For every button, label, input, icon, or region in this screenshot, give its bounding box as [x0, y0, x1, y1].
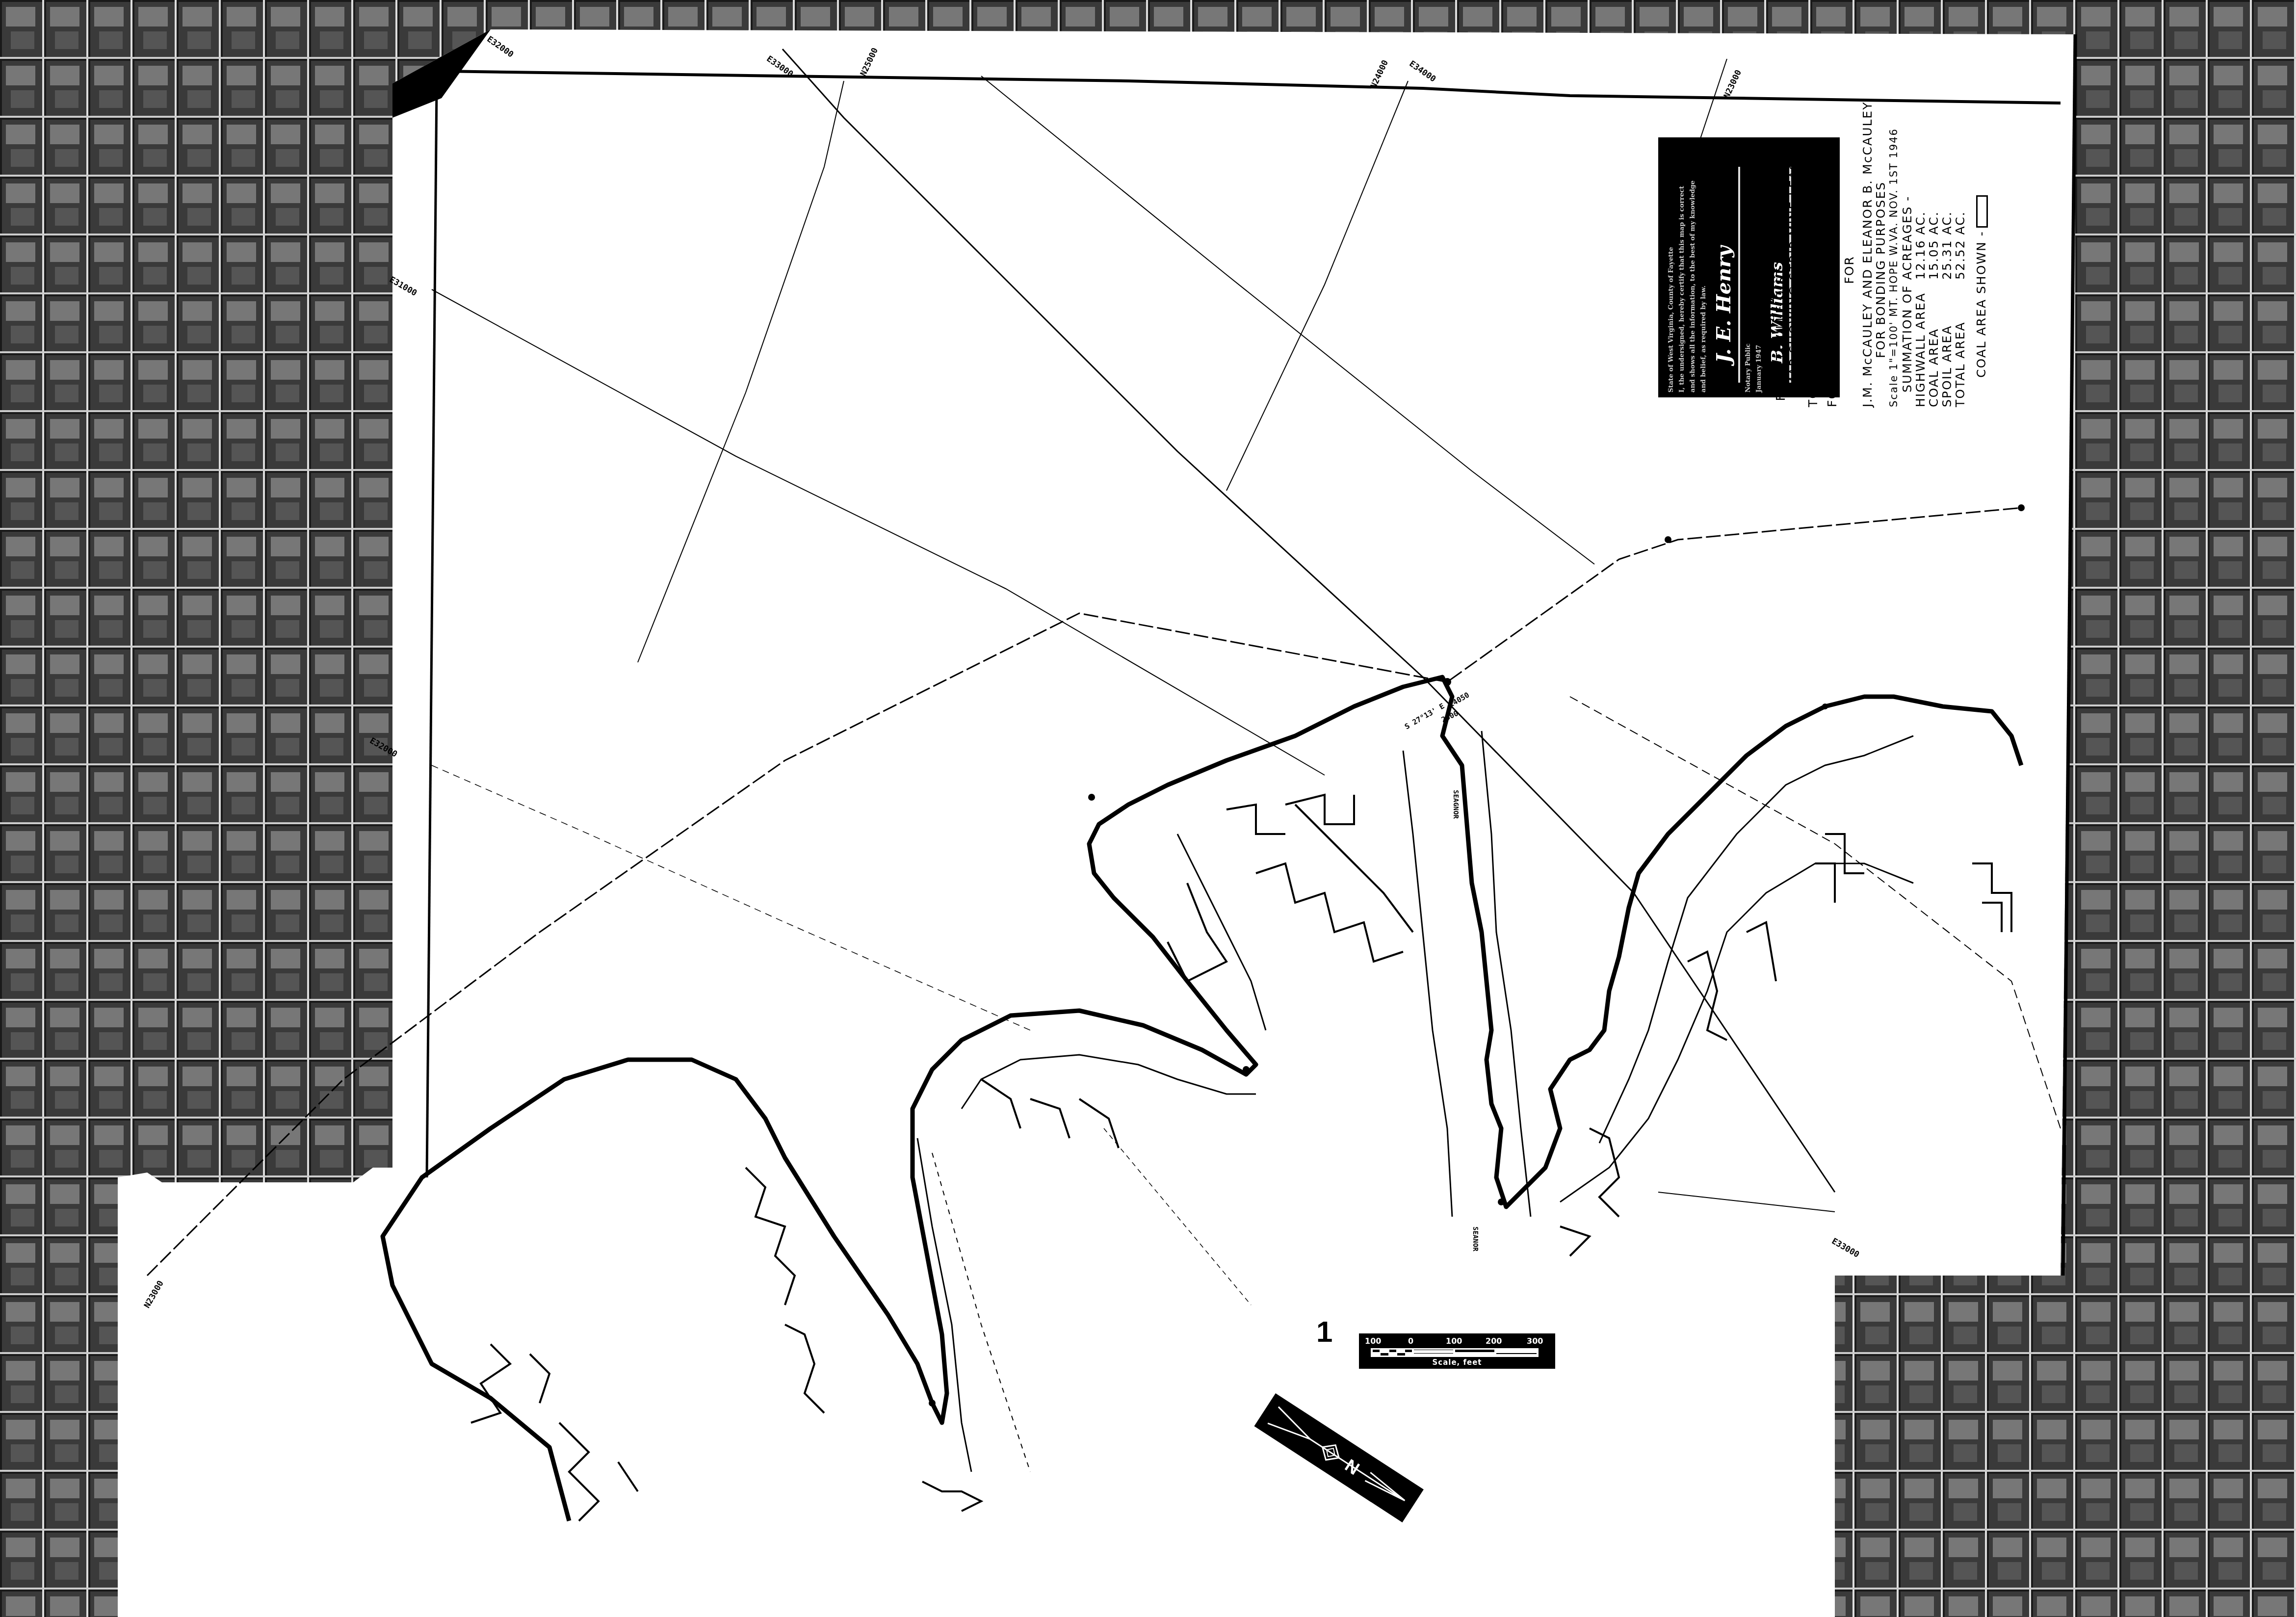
scale-date-line: Scale 1"=100' MT. HOPE W.VA. NOV. 1ST 19… [1887, 132, 1901, 407]
acreage-row: COAL AREA 15.05 AC. [1927, 201, 1940, 407]
summation-heading: SUMMATION OF ACREAGES - [1901, 132, 1914, 407]
owners-line: J.M. McCAULEY AND ELEANOR B. McCAULEY [1861, 132, 1874, 407]
acreage-value: 25.31 [1940, 239, 1954, 280]
scale-ticks: 100 0 100 200 300 [1365, 1336, 1551, 1346]
acreage-row: SPOIL AREA 25.31 AC. [1940, 201, 1954, 407]
stamp-header: State of West Virginia, County of Fayett… [1666, 147, 1677, 392]
legend-row: COAL AREA SHOWN - [1975, 132, 1988, 407]
place-label: SEANOR [1471, 1226, 1479, 1252]
stamp-text: I, the undersigned, hereby certify that … [1677, 147, 1688, 392]
scale-tick: 200 [1486, 1336, 1502, 1346]
acreage-unit: AC. [1940, 205, 1954, 239]
scale-tick: 100 [1446, 1336, 1462, 1346]
legend-label: COAL AREA SHOWN - [1974, 231, 1988, 378]
scale-track [1371, 1348, 1539, 1357]
place-label: SEAGNOR [1452, 790, 1460, 819]
map-subtitle: MAP SHOWING STRIP MINE LEASE [1787, 132, 1800, 407]
scale-tick: 300 [1527, 1336, 1543, 1346]
for-label: FOR [1843, 132, 1856, 407]
acreage-row: TOTAL AREA 52.52 AC. [1954, 201, 1967, 407]
sheet-number: 1 [1316, 1315, 1332, 1349]
acreage-label: SPOIL AREA [1940, 280, 1954, 407]
acreage-value: 12.16 [1914, 239, 1927, 280]
acreage-unit: AC. [1914, 205, 1927, 239]
coal-area-legend-swatch [1976, 195, 1988, 228]
signature-line [1738, 167, 1740, 383]
acreage-unit: AC. [1927, 205, 1940, 239]
former-lease-line: FORMER HUSE AND LYMAN LEASE [1826, 132, 1839, 407]
district-line: FAYETTEVILLE DIST.-FAYETTE COUNTY [1774, 132, 1787, 407]
acreage-unit: AC. [1954, 205, 1967, 239]
acreage-value: 15.05 [1927, 239, 1940, 280]
scale-caption: Scale, feet [1359, 1358, 1555, 1367]
acreage-label: TOTAL AREA [1954, 280, 1967, 407]
acreage-label: HIGHWALL AREA [1914, 280, 1927, 407]
engineer-signature: J. E. Henry [1712, 147, 1735, 363]
scale-tick: 100 [1365, 1336, 1381, 1346]
scale-bar: 100 0 100 200 300 Scale, feet [1359, 1333, 1555, 1369]
acreage-row: HIGHWALL AREA 12.16 AC. [1914, 201, 1927, 407]
project-title: PROJECT-NO. 1 [1756, 132, 1774, 407]
stamp-text: and shows all the information, to the be… [1688, 147, 1698, 392]
scale-tick: 0 [1408, 1336, 1413, 1346]
acreage-value: 52.52 [1954, 239, 1967, 280]
lessee-line: TO H.R. ANDERSON CO. AT PRUDENCE [1806, 132, 1820, 407]
stamp-text: and belief, as required by law. [1698, 147, 1709, 392]
acreage-label: COAL AREA [1927, 280, 1940, 407]
coal-area-boundary [383, 677, 2021, 1521]
title-block: PROJECT-NO. 1 FAYETTEVILLE DIST.-FAYETTE… [1747, 142, 2021, 417]
purpose-line: FOR BONDING PURPOSES [1874, 132, 1887, 407]
